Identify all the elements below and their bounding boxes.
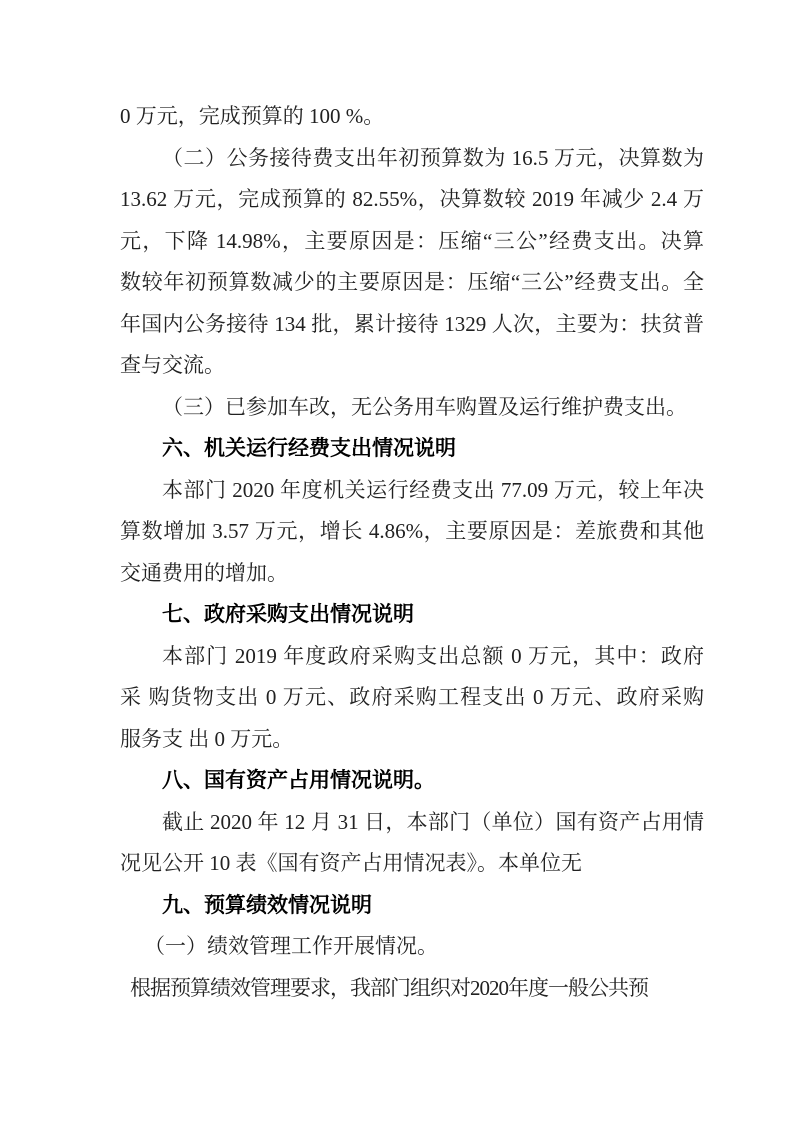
- doc-line-19: 况见公开 10 表《国有资产占用情况表》。本单位无: [120, 843, 704, 885]
- doc-line-22: 根据预算绩效管理要求，我部门组织对2020年度一般公共预: [120, 968, 704, 1010]
- doc-line-05: 数较年初预算数减少的主要原因是：压缩“三公”经费支出。全: [120, 262, 704, 304]
- doc-line-12: 交通费用的增加。: [120, 553, 704, 595]
- doc-line-18: 截止 2020 年 12 月 31 日，本部门（单位）国有资产占用情: [120, 802, 704, 844]
- document-page: 0 万元，完成预算的 100 %。 （二）公务接待费支出年初预算数为 16.5 …: [0, 0, 793, 1122]
- doc-line-15: 采 购货物支出 0 万元、政府采购工程支出 0 万元、政府采购: [120, 677, 704, 719]
- doc-line-06: 年国内公务接待 134 批，累计接待 1329 人次，主要为：扶贫普: [120, 304, 704, 346]
- section-heading-08: 八、国有资产占用情况说明。: [120, 760, 704, 802]
- document-body: 0 万元，完成预算的 100 %。 （二）公务接待费支出年初预算数为 16.5 …: [120, 96, 704, 1009]
- section-heading-09: 九、预算绩效情况说明: [120, 885, 704, 927]
- doc-line-02: （二）公务接待费支出年初预算数为 16.5 万元，决算数为: [120, 138, 704, 180]
- section-heading-06: 六、机关运行经费支出情况说明: [120, 428, 704, 470]
- doc-line-21: （一）绩效管理工作开展情况。: [120, 926, 704, 968]
- doc-line-10: 本部门 2020 年度机关运行经费支出 77.09 万元，较上年决: [120, 470, 704, 512]
- doc-line-16: 服务支 出 0 万元。: [120, 719, 704, 761]
- doc-line-03: 13.62 万元，完成预算的 82.55%，决算数较 2019 年减少 2.4 …: [120, 179, 704, 221]
- doc-line-04: 元，下降 14.98%，主要原因是：压缩“三公”经费支出。决算: [120, 221, 704, 263]
- doc-line-11: 算数增加 3.57 万元，增长 4.86%，主要原因是：差旅费和其他: [120, 511, 704, 553]
- doc-line-01: 0 万元，完成预算的 100 %。: [120, 96, 704, 138]
- doc-line-08: （三）已参加车改，无公务用车购置及运行维护费支出。: [120, 387, 704, 429]
- doc-line-14: 本部门 2019 年度政府采购支出总额 0 万元，其中：政府: [120, 636, 704, 678]
- doc-line-07: 查与交流。: [120, 345, 704, 387]
- section-heading-07: 七、政府采购支出情况说明: [120, 594, 704, 636]
